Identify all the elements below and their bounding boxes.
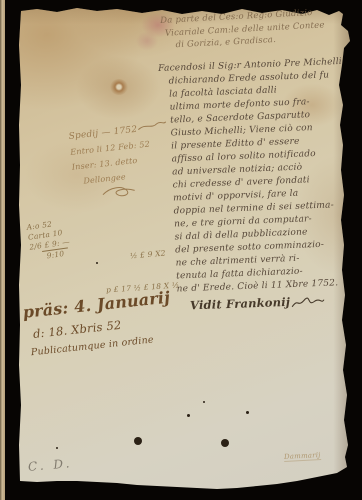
ink-speck bbox=[203, 401, 205, 403]
dispatch-flourish-icon bbox=[137, 120, 168, 132]
wax-stain bbox=[110, 79, 128, 95]
fee-calculation: A:o 52 Carta 10 2/6 £ 9: — 9:10 bbox=[26, 217, 72, 263]
ink-blot bbox=[221, 439, 229, 447]
corner-signature: Dammarij bbox=[284, 451, 321, 462]
ink-speck bbox=[246, 411, 249, 414]
ink-blot bbox=[134, 437, 142, 445]
signature-text: Vidit Frankonij bbox=[190, 295, 291, 312]
scanned-manuscript: Da parte del Ces:o Reg:o Giudizio Vicari… bbox=[0, 0, 362, 500]
ink-speck bbox=[96, 262, 98, 264]
edict-body: Facendosi il Sig:r Antonio Pre Michelli … bbox=[158, 56, 351, 297]
ink-speck bbox=[56, 447, 58, 449]
dispatch-note: Spedij — 1752 Entro li 12 Feb: 52 Inser:… bbox=[68, 120, 174, 206]
adjacent-page-edge bbox=[0, 0, 5, 500]
ink-speck bbox=[187, 414, 190, 417]
signature-flourish-icon bbox=[291, 295, 325, 310]
